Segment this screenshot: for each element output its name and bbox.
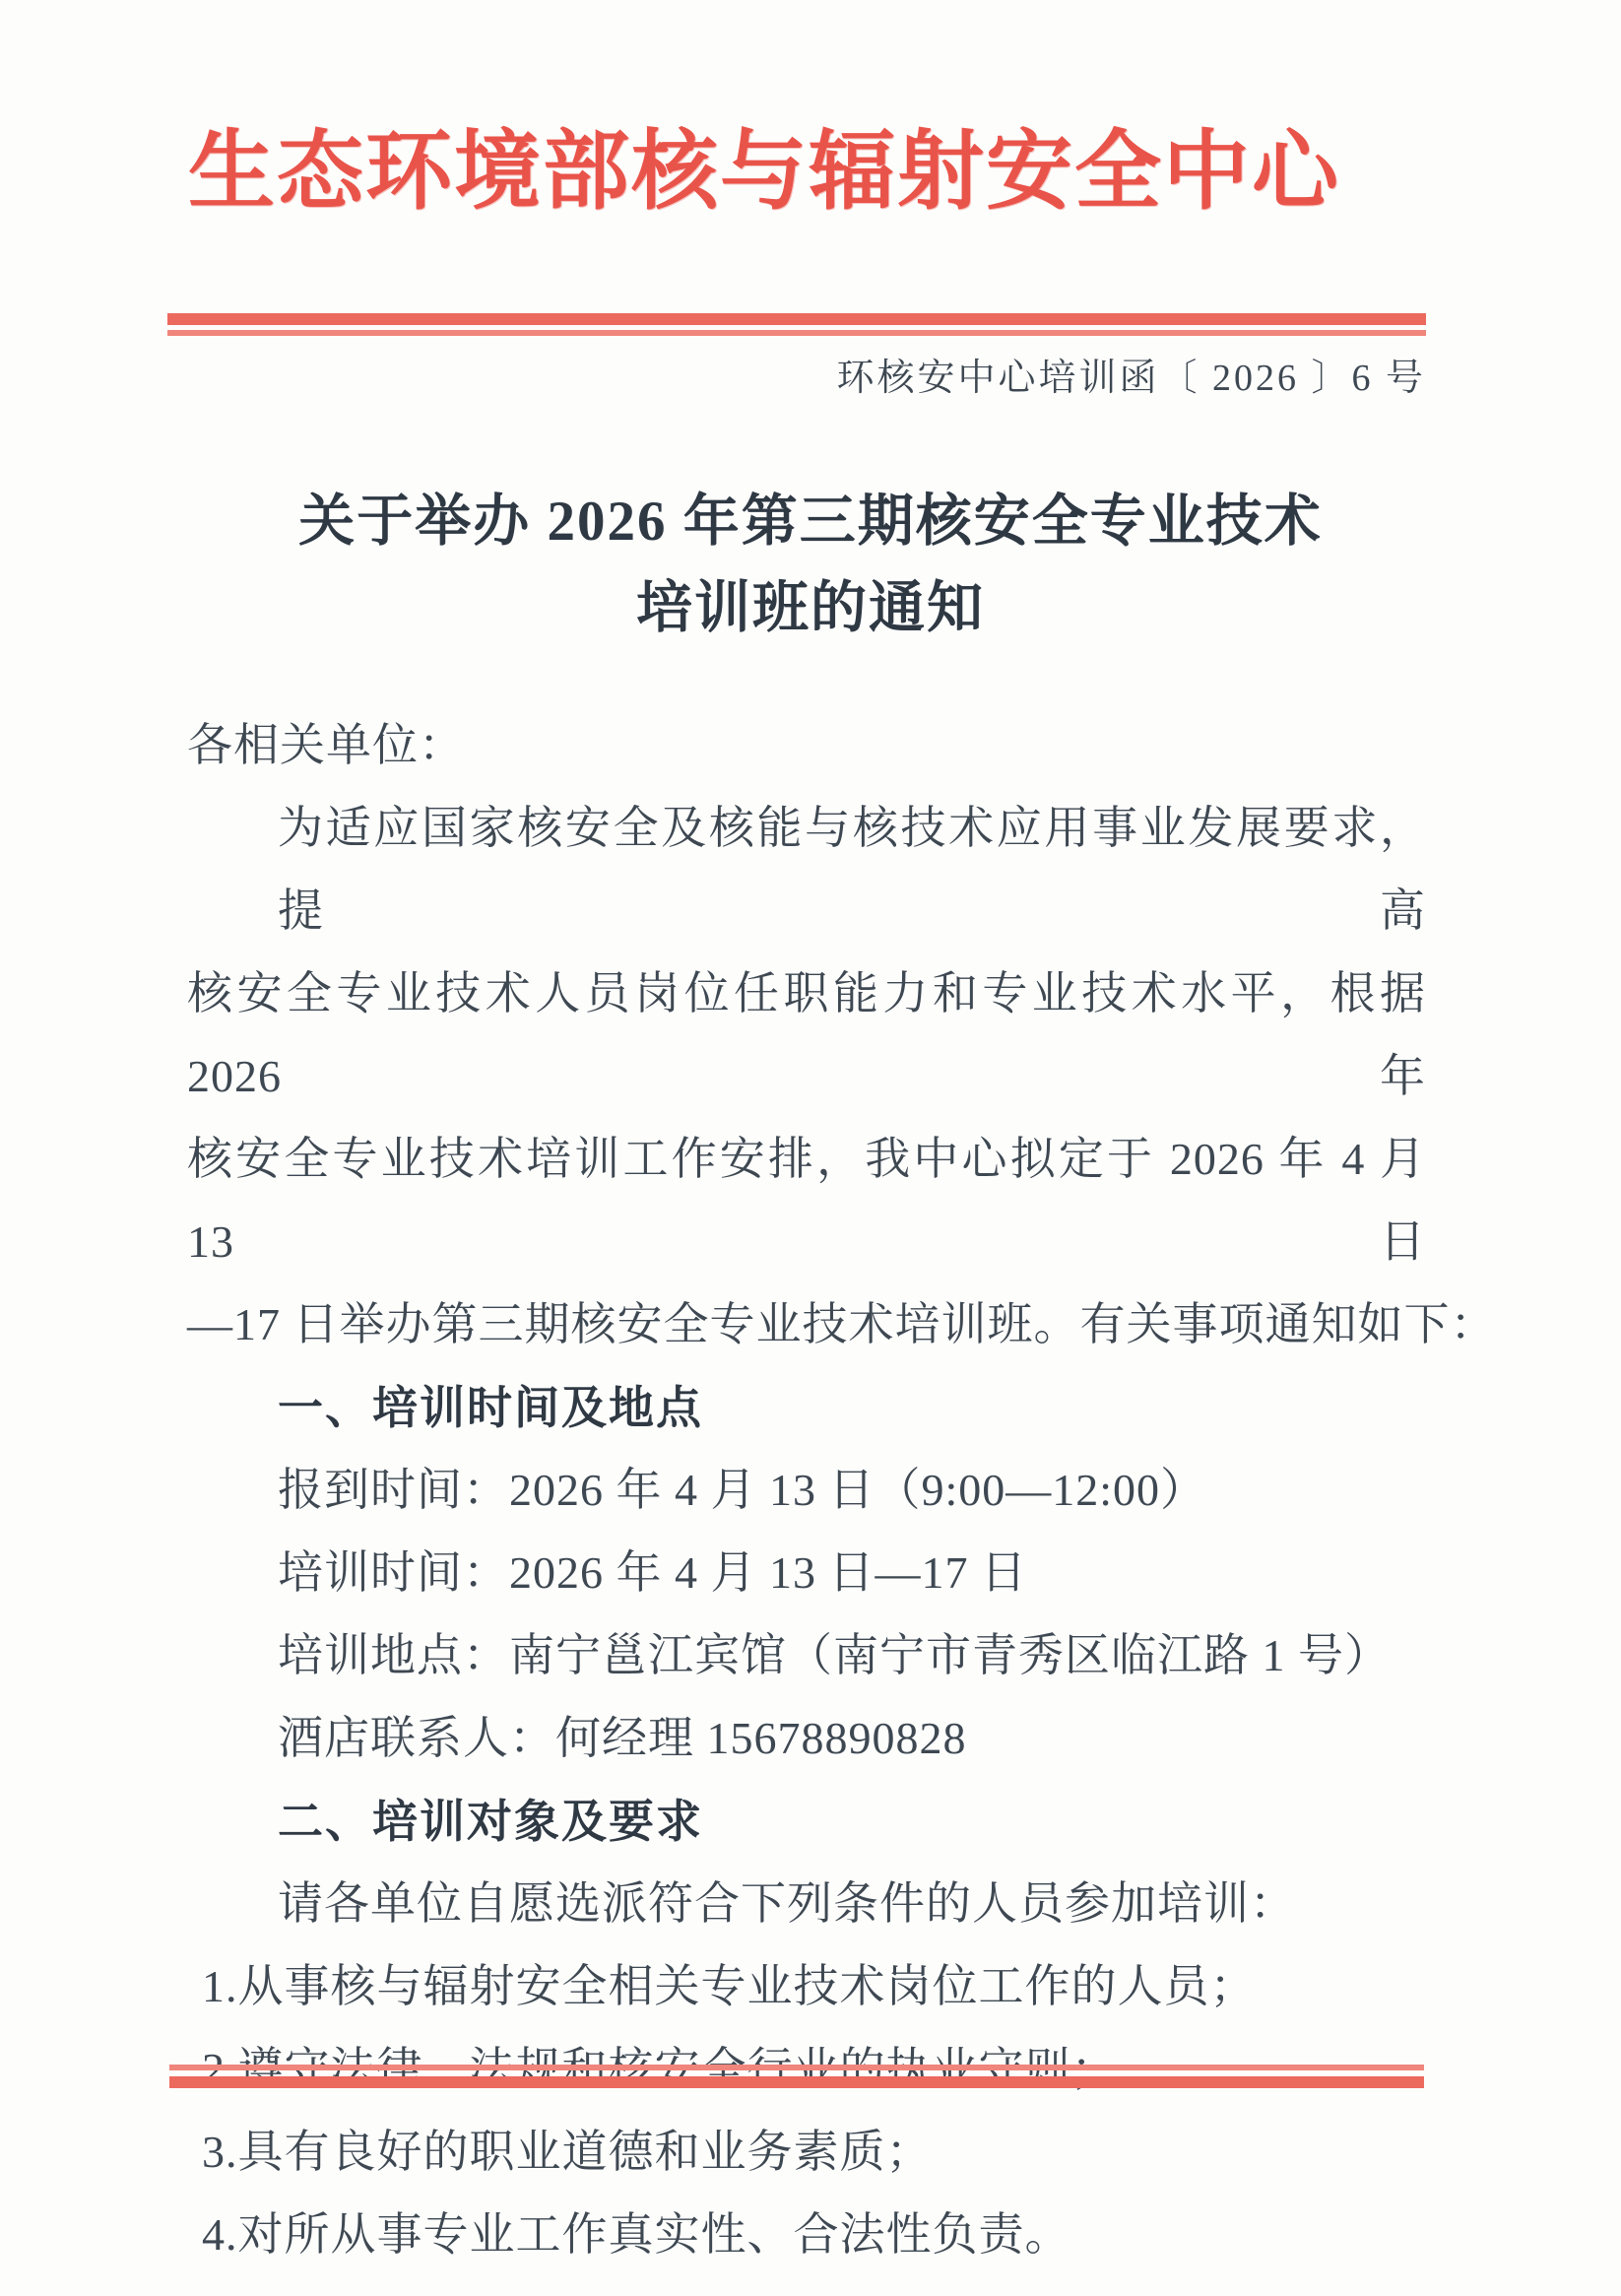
salutation: 各相关单位： <box>187 704 1426 787</box>
requirement-item-3: 3.具有良好的职业道德和业务素质； <box>187 2111 1426 2194</box>
section-1-heading: 一、培训时间及地点 <box>187 1366 1426 1449</box>
letterhead-rule-thick <box>167 313 1426 325</box>
training-time: 培训时间：2026 年 4 月 13 日—17 日 <box>187 1532 1426 1614</box>
requirement-item-1: 1.从事核与辐射安全相关专业技术岗位工作的人员； <box>187 1945 1426 2028</box>
letterhead-org-name: 生态环境部核与辐射安全中心 <box>0 102 1528 227</box>
paragraph-line: —17 日举办第三期核安全专业技术培训班。有关事项通知如下： <box>187 1283 1426 1366</box>
requirement-item-4: 4.对所从事专业工作真实性、合法性负责。 <box>187 2194 1426 2276</box>
notice-body: 各相关单位： 为适应国家核安全及核能与核技术应用事业发展要求，提高 核安全专业技… <box>187 704 1426 2276</box>
section-2-heading: 二、培训对象及要求 <box>187 1780 1426 1863</box>
paragraph-line: 核安全专业技术人员岗位任职能力和专业技术水平，根据 2026 年 <box>187 952 1426 1118</box>
footer-rule <box>169 2065 1424 2088</box>
document-page: 生态环境部核与辐射安全中心 环核安中心培训函〔 2026 〕6 号 关于举办 2… <box>0 0 1621 2296</box>
paragraph-line: 为适应国家核安全及核能与核技术应用事业发展要求，提高 <box>187 787 1426 952</box>
letterhead-rule <box>167 313 1426 336</box>
paragraph-line: 核安全专业技术培训工作安排，我中心拟定于 2026 年 4 月 13 日 <box>187 1118 1426 1283</box>
section-2-intro: 请各单位自愿选派符合下列条件的人员参加培训： <box>187 1863 1426 1945</box>
hotel-contact: 酒店联系人：何经理 15678890828 <box>187 1697 1426 1780</box>
letterhead-rule-thin <box>167 330 1426 336</box>
document-reference-number: 环核安中心培训函〔 2026 〕6 号 <box>836 347 1426 401</box>
registration-time: 报到时间：2026 年 4 月 13 日（9:00—12:00） <box>187 1449 1426 1532</box>
notice-title: 关于举办 2026 年第三期核安全专业技术 培训班的通知 <box>0 479 1621 652</box>
notice-title-line2: 培训班的通知 <box>0 565 1621 652</box>
training-location: 培训地点：南宁邕江宾馆（南宁市青秀区临江路 1 号） <box>187 1614 1426 1697</box>
footer-rule-thick <box>169 2076 1424 2088</box>
notice-title-line1: 关于举办 2026 年第三期核安全专业技术 <box>0 479 1621 565</box>
